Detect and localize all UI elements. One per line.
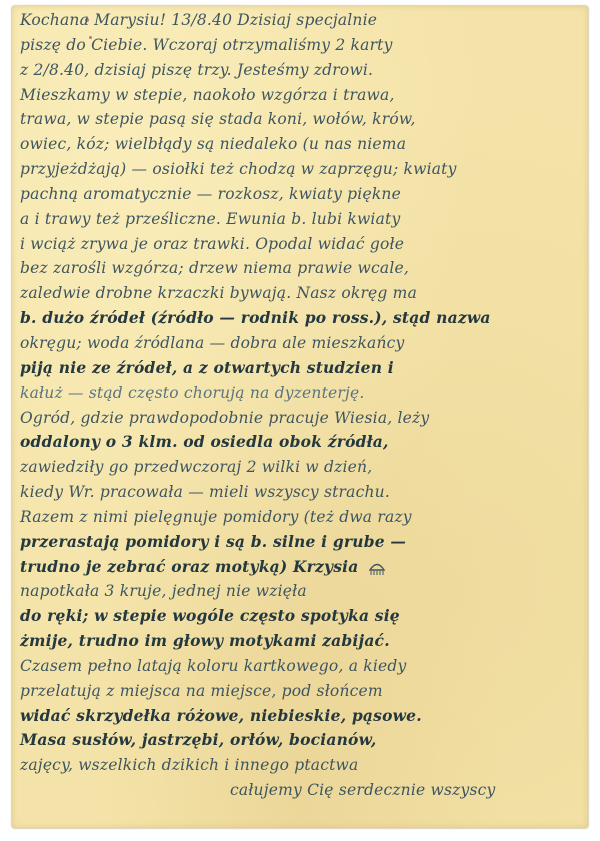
line-text: Ogród, gdzie prawdopodobnie pracuje Wies… — [20, 406, 429, 431]
text-line-31: zajęcy, wszelkich dzikich i innego ptact… — [20, 753, 582, 778]
text-line-19: zawiedziły go przedwczoraj 2 wilki w dzi… — [20, 455, 582, 480]
line-text: Mieszkamy w stepie, naokoło wzgórza i tr… — [20, 83, 395, 108]
line-text: Czasem pełno latają koloru kartkowego, a… — [20, 654, 406, 679]
text-line-29: widać skrzydełka różowe, niebieskie, pąs… — [20, 704, 582, 729]
text-line-5: trawa, w stepie pasą się stada koni, woł… — [20, 107, 582, 132]
text-line-28: przelatują z miejsca na miejsce, pod sło… — [20, 679, 582, 704]
handwritten-text: Kochana Marysiu! 13/8.40 Dzisiaj specjal… — [20, 8, 582, 803]
line-text: trawa, w stepie pasą się stada koni, woł… — [20, 107, 416, 132]
line-text: zajęcy, wszelkich dzikich i innego ptact… — [20, 753, 358, 778]
text-line-24: napotkała 3 kruje, jednej nie wzięła — [20, 579, 582, 604]
line-text: piją nie ze źródeł, a z otwartych studzi… — [20, 356, 394, 381]
text-line-2: piszę do Ciebie. Wczoraj otrzymaliśmy 2 … — [20, 33, 582, 58]
postcard: Kochana Marysiu! 13/8.40 Dzisiaj specjal… — [12, 6, 588, 828]
line-text: owiec, kóz; wielbłądy są niedaleko (u na… — [20, 132, 406, 157]
line-text: Kochana Marysiu! 13/8.40 Dzisiaj specjal… — [20, 8, 377, 33]
line-text: żmije, trudno im głowy motykami zabijać. — [20, 629, 390, 654]
line-text: przerastają pomidory i są b. silne i gru… — [20, 530, 406, 555]
line-text: widać skrzydełka różowe, niebieskie, pąs… — [20, 704, 422, 729]
line-text: a i trawy też prześliczne. Ewunia b. lub… — [20, 207, 400, 232]
line-text: piszę do Ciebie. Wczoraj otrzymaliśmy 2 … — [20, 33, 393, 58]
line-text: okręgu; woda źródlana — dobra ale mieszk… — [20, 331, 405, 356]
text-line-14: okręgu; woda źródlana — dobra ale mieszk… — [20, 331, 582, 356]
text-line-23: trudno je zebrać oraz motyką) Krzysia — [20, 555, 582, 580]
text-line-20: kiedy Wr. pracowała — mieli wszyscy stra… — [20, 480, 582, 505]
text-line-12: zaledwie drobne krzaczki bywają. Nasz ok… — [20, 281, 582, 306]
text-line-10: i wciąż zrywa je oraz trawki. Opodal wid… — [20, 232, 582, 257]
line-text: przelatują z miejsca na miejsce, pod sło… — [20, 679, 383, 704]
text-line-4: Mieszkamy w stepie, naokoło wzgórza i tr… — [20, 83, 582, 108]
line-text: kiedy Wr. pracowała — mieli wszyscy stra… — [20, 480, 390, 505]
text-line-6: owiec, kóz; wielbłądy są niedaleko (u na… — [20, 132, 582, 157]
line-text: Razem z nimi pielęgnuje pomidory (też dw… — [20, 505, 412, 530]
line-text: całujemy Cię serdecznie wszyscy — [230, 778, 495, 803]
text-line-8: pachną aromatycznie — rozkosz, kwiaty pi… — [20, 182, 582, 207]
line-text: Masa susłów, jastrzębi, orłów, bocianów, — [20, 728, 376, 753]
line-text: do ręki; w stepie wogóle często spotyka … — [20, 604, 400, 629]
text-line-30: Masa susłów, jastrzębi, orłów, bocianów, — [20, 728, 582, 753]
text-line-11: bez zarośli wzgórza; drzew niema prawie … — [20, 256, 582, 281]
text-line-25: do ręki; w stepie wogóle często spotyka … — [20, 604, 582, 629]
text-line-27: Czasem pełno latają koloru kartkowego, a… — [20, 654, 582, 679]
text-line-17: Ogród, gdzie prawdopodobnie pracuje Wies… — [20, 406, 582, 431]
line-text: bez zarośli wzgórza; drzew niema prawie … — [20, 256, 409, 281]
line-text: i wciąż zrywa je oraz trawki. Opodal wid… — [20, 232, 404, 257]
line-text: zawiedziły go przedwczoraj 2 wilki w dzi… — [20, 455, 372, 480]
text-line-21: Razem z nimi pielęgnuje pomidory (też dw… — [20, 505, 582, 530]
line-text: zaledwie drobne krzaczki bywają. Nasz ok… — [20, 281, 417, 306]
line-text: b. dużo źródeł (źródło — rodnik po ross.… — [20, 306, 491, 331]
text-line-18: oddalony o 3 klm. od osiedla obok źródła… — [20, 430, 582, 455]
text-line-15: piją nie ze źródeł, a z otwartych studzi… — [20, 356, 582, 381]
text-line-26: żmije, trudno im głowy motykami zabijać. — [20, 629, 582, 654]
hoe-sketch-icon — [367, 559, 387, 577]
text-line-22: przerastają pomidory i są b. silne i gru… — [20, 530, 582, 555]
line-text: pachną aromatycznie — rozkosz, kwiaty pi… — [20, 182, 401, 207]
line-text: oddalony o 3 klm. od osiedla obok źródła… — [20, 430, 389, 455]
line-text: przyjeżdżają) — osiołki też chodzą w zap… — [20, 157, 457, 182]
text-line-13: b. dużo źródeł (źródło — rodnik po ross.… — [20, 306, 582, 331]
text-line-1: Kochana Marysiu! 13/8.40 Dzisiaj specjal… — [20, 8, 582, 33]
line-text: z 2/8.40, dzisiaj piszę trzy. Jesteśmy z… — [20, 58, 373, 83]
line-text: trudno je zebrać oraz motyką) Krzysia — [20, 555, 359, 580]
text-line-3: z 2/8.40, dzisiaj piszę trzy. Jesteśmy z… — [20, 58, 582, 83]
line-text: napotkała 3 kruje, jednej nie wzięła — [20, 579, 307, 604]
line-text: kałuż — stąd często chorują na dyzenterj… — [20, 381, 365, 406]
text-line-7: przyjeżdżają) — osiołki też chodzą w zap… — [20, 157, 582, 182]
closing-line: całujemy Cię serdecznie wszyscy — [20, 778, 582, 803]
text-line-16: kałuż — stąd często chorują na dyzenterj… — [20, 381, 582, 406]
text-line-9: a i trawy też prześliczne. Ewunia b. lub… — [20, 207, 582, 232]
